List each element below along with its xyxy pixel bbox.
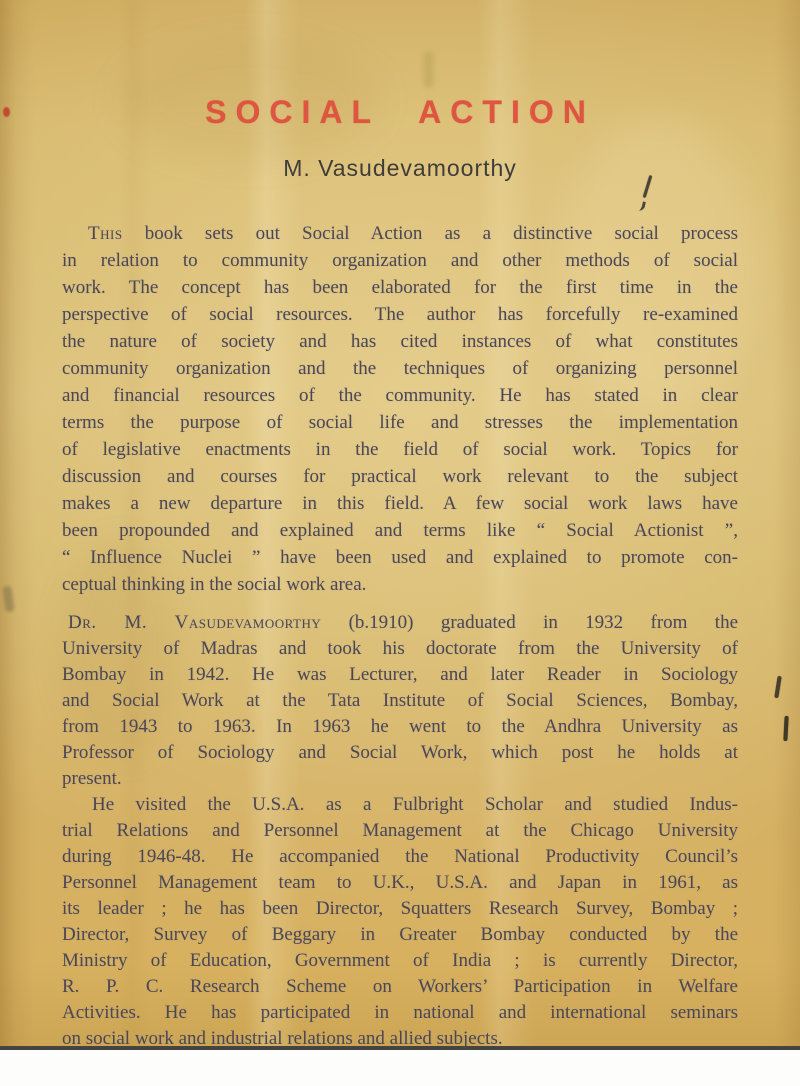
book-jacket-scan: SOCIAL ACTION M. Vasudevamoorthy This bo… bbox=[0, 0, 800, 1086]
text-line: Personnel Management team to U.K., U.S.A… bbox=[62, 870, 738, 896]
text-line: community organization and the technique… bbox=[62, 355, 738, 382]
text-line: work. The concept has been elaborated fo… bbox=[62, 274, 738, 301]
text-line: its leader ; he has been Director, Squat… bbox=[62, 896, 738, 922]
ink-mark bbox=[636, 200, 646, 211]
text-line: been propounded and explained and terms … bbox=[62, 517, 738, 544]
page-title: SOCIAL ACTION bbox=[0, 94, 800, 131]
text-line: terms the purpose of social life and str… bbox=[62, 409, 738, 436]
text-line: Dr. M. Vasudevamoorthy (b.1910) graduate… bbox=[62, 610, 738, 636]
scan-smudge bbox=[424, 52, 433, 88]
text-line: and Social Work at the Tata Institute of… bbox=[62, 688, 738, 714]
text-line: University of Madras and took his doctor… bbox=[62, 636, 738, 662]
ink-mark bbox=[774, 676, 781, 698]
text-line: ceptual thinking in the social work area… bbox=[62, 571, 738, 598]
text-line: Director, Survey of Beggary in Greater B… bbox=[62, 922, 738, 948]
text-line: Professor of Sociology and Social Work, … bbox=[62, 740, 738, 766]
text-line: perspective of social resources. The aut… bbox=[62, 301, 738, 328]
text-line: trial Relations and Personnel Management… bbox=[62, 818, 738, 844]
text-line: This book sets out Social Action as a di… bbox=[62, 220, 738, 247]
scan-smudge bbox=[2, 586, 15, 613]
text-line: and financial resources of the community… bbox=[62, 382, 738, 409]
text-line: in relation to community organization an… bbox=[62, 247, 738, 274]
text-line: present. bbox=[62, 766, 738, 792]
text-line: R. P. C. Research Scheme on Workers’ Par… bbox=[62, 974, 738, 1000]
text-line: Activities. He has participated in natio… bbox=[62, 1000, 738, 1026]
text-line: on social work and industrial relations … bbox=[62, 1026, 738, 1052]
text-line: Bombay in 1942. He was Lecturer, and lat… bbox=[62, 662, 738, 688]
text-line: Ministry of Education, Government of Ind… bbox=[62, 948, 738, 974]
bio-paragraph-2: He visited the U.S.A. as a Fulbright Sch… bbox=[62, 792, 738, 1052]
author-bio: Dr. M. Vasudevamoorthy (b.1910) graduate… bbox=[62, 610, 738, 1052]
text-line-rest: book sets out Social Action as a distinc… bbox=[123, 223, 738, 244]
bio-paragraph-1: Dr. M. Vasudevamoorthy (b.1910) graduate… bbox=[62, 610, 738, 792]
text-line: of legislative enactments in the field o… bbox=[62, 436, 738, 463]
lead-smallcaps: Dr. M. Vasudevamoorthy bbox=[68, 612, 321, 633]
lead-smallcaps: This bbox=[88, 223, 123, 244]
ink-mark bbox=[783, 716, 788, 741]
text-line: from 1943 to 1963. In 1963 he went to th… bbox=[62, 714, 738, 740]
text-line: discussion and courses for practical wor… bbox=[62, 463, 738, 490]
text-line: makes a new departure in this field. A f… bbox=[62, 490, 738, 517]
aged-paper-background: SOCIAL ACTION M. Vasudevamoorthy This bo… bbox=[0, 0, 800, 1050]
scan-white-margin bbox=[0, 1050, 800, 1086]
text-line: “ Influence Nuclei ” have been used and … bbox=[62, 544, 738, 571]
book-blurb-paragraph: This book sets out Social Action as a di… bbox=[62, 220, 738, 598]
text-line: the nature of society and has cited inst… bbox=[62, 328, 738, 355]
author-name: M. Vasudevamoorthy bbox=[0, 155, 800, 182]
text-line: during 1946-48. He accompanied the Natio… bbox=[62, 844, 738, 870]
text-line-rest: (b.1910) graduated in 1932 from the bbox=[321, 612, 738, 633]
text-line: He visited the U.S.A. as a Fulbright Sch… bbox=[62, 792, 738, 818]
